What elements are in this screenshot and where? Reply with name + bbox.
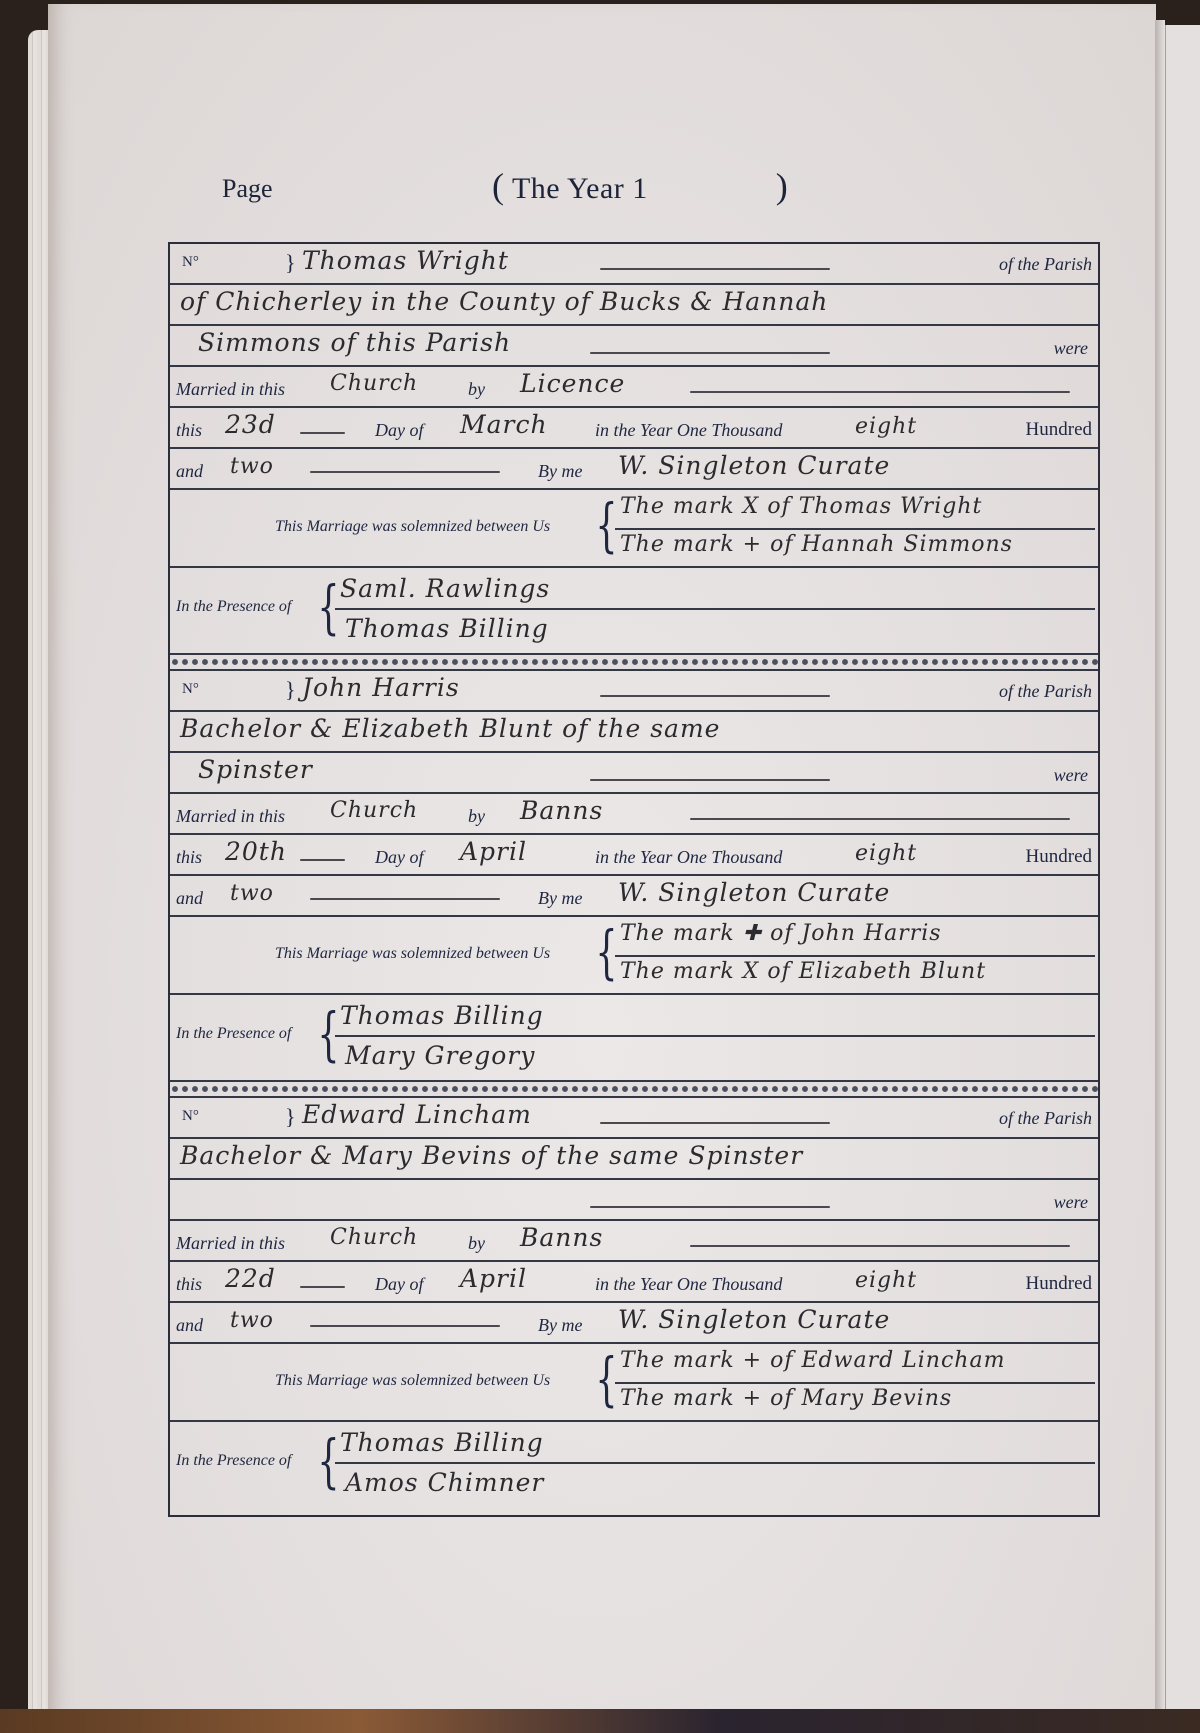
day-of-label: Day of <box>375 420 424 441</box>
married-row: Married in this Church by Banns <box>170 792 1098 833</box>
married-label: Married in this <box>176 1233 285 1254</box>
witness-1: Saml. Rawlings <box>340 574 550 603</box>
fill-line <box>300 432 345 434</box>
brace: { <box>317 1432 339 1490</box>
presence-label: In the Presence of <box>176 1452 291 1470</box>
party-1-mark: The mark X of Thomas Wright <box>620 494 982 519</box>
groom-name: Thomas Wright <box>302 246 509 275</box>
signature-line <box>615 955 1095 957</box>
by-me-label: By me <box>538 461 582 482</box>
presence-label: In the Presence of <box>176 598 291 616</box>
year-close-paren: ) <box>776 166 789 206</box>
date-row: this 23d Day of March in the Year One Th… <box>170 406 1098 447</box>
marriage-method: Banns <box>520 1223 603 1252</box>
fill-line <box>600 695 830 697</box>
century-word: eight <box>855 841 917 866</box>
month: April <box>460 837 527 866</box>
bracket: } <box>285 1104 296 1130</box>
by-me-label: By me <box>538 1315 582 1336</box>
day: 23d <box>225 410 276 439</box>
description-line-2: Bachelor & Mary Bevins of the same Spins… <box>180 1141 803 1170</box>
number-label: N° <box>182 681 199 698</box>
groom-row: N° } John Harris of the Parish <box>170 669 1098 710</box>
marriage-entry: N° } Thomas Wright of the Parish of Chic… <box>170 242 1098 653</box>
number-label: N° <box>182 1108 199 1125</box>
presence-label: In the Presence of <box>176 1025 291 1043</box>
by-label: by <box>468 379 485 400</box>
fill-line <box>600 1122 830 1124</box>
parish-label: of the Parish <box>999 254 1092 275</box>
officiant-signature: W. Singleton Curate <box>618 1305 890 1334</box>
marriage-register-table: N° } Thomas Wright of the Parish of Chic… <box>168 242 1100 1517</box>
hundred-label: Hundred <box>1026 846 1092 868</box>
year-heading: ( The Year 1 ) <box>492 165 788 207</box>
year-suffix: two <box>230 1308 274 1333</box>
married-row: Married in this Church by Banns <box>170 1219 1098 1260</box>
were-label: were <box>1054 1192 1088 1213</box>
year-suffix: two <box>230 881 274 906</box>
groom-row: N° } Thomas Wright of the Parish <box>170 242 1098 283</box>
brace: { <box>317 1005 339 1063</box>
this-label: this <box>176 1274 202 1295</box>
description-line-3: Spinster <box>198 755 313 784</box>
brace: { <box>595 496 617 554</box>
married-row: Married in this Church by Licence <box>170 365 1098 406</box>
fill-line <box>310 471 500 473</box>
brace: { <box>595 923 617 981</box>
year-text-label: in the Year One Thousand <box>595 847 782 868</box>
number-label: N° <box>182 254 199 271</box>
description-line-2: Bachelor & Elizabeth Blunt of the same <box>180 714 720 743</box>
signature-line <box>615 528 1095 530</box>
by-label: by <box>468 806 485 827</box>
witness-row: In the Presence of { Saml. Rawlings Thom… <box>170 566 1098 653</box>
month: March <box>460 410 548 439</box>
parish-label: of the Parish <box>999 681 1092 702</box>
year-open-paren: ( <box>492 166 505 206</box>
brace: { <box>317 578 339 636</box>
place: Church <box>330 798 418 823</box>
by-me-label: By me <box>538 888 582 909</box>
witness-row: In the Presence of { Thomas Billing Amos… <box>170 1420 1098 1507</box>
solemnized-label: This Marriage was solemnized between Us <box>275 518 550 536</box>
place: Church <box>330 371 418 396</box>
ornamental-divider <box>170 653 1098 669</box>
were-label: were <box>1054 765 1088 786</box>
day: 22d <box>225 1264 276 1293</box>
page-label: Page <box>222 174 273 204</box>
fill-line <box>690 1245 1070 1247</box>
bracket: } <box>285 677 296 703</box>
description-row-3: Simmons of this Parish were <box>170 324 1098 365</box>
this-label: this <box>176 420 202 441</box>
by-label: by <box>468 1233 485 1254</box>
description-row: of Chicherley in the County of Bucks & H… <box>170 283 1098 324</box>
place: Church <box>330 1225 418 1250</box>
signature-line <box>335 608 1095 610</box>
day-of-label: Day of <box>375 847 424 868</box>
witness-2: Thomas Billing <box>345 614 549 643</box>
description-row: Bachelor & Elizabeth Blunt of the same <box>170 710 1098 751</box>
year-label: The Year 1 <box>512 172 648 205</box>
officiant-signature: W. Singleton Curate <box>618 878 890 907</box>
officiant-row: and two By me W. Singleton Curate <box>170 874 1098 915</box>
fill-line <box>690 391 1070 393</box>
century-word: eight <box>855 1268 917 1293</box>
were-label: were <box>1054 338 1088 359</box>
bracket: } <box>285 250 296 276</box>
month: April <box>460 1264 527 1293</box>
officiant-row: and two By me W. Singleton Curate <box>170 1301 1098 1342</box>
facing-page-edge <box>1165 25 1200 1720</box>
officiant-row: and two By me W. Singleton Curate <box>170 447 1098 488</box>
fill-line <box>600 268 830 270</box>
party-1-mark: The mark + of Edward Lincham <box>620 1348 1005 1373</box>
date-row: this 22d Day of April in the Year One Th… <box>170 1260 1098 1301</box>
description-line-2: of Chicherley in the County of Bucks & H… <box>180 287 828 316</box>
and-label: and <box>176 1315 203 1336</box>
parish-label: of the Parish <box>999 1108 1092 1129</box>
description-line-3: Simmons of this Parish <box>198 328 511 357</box>
witness-1: Thomas Billing <box>340 1001 544 1030</box>
solemnized-label: This Marriage was solemnized between Us <box>275 1372 550 1390</box>
date-row: this 20th Day of April in the Year One T… <box>170 833 1098 874</box>
parties-row: This Marriage was solemnized between Us … <box>170 488 1098 566</box>
marriage-entry: N° } Edward Lincham of the Parish Bachel… <box>170 1096 1098 1507</box>
fill-line <box>590 779 830 781</box>
groom-name: John Harris <box>302 673 460 702</box>
and-label: and <box>176 461 203 482</box>
signature-line <box>335 1035 1095 1037</box>
marriage-entry: N° } John Harris of the Parish Bachelor … <box>170 669 1098 1080</box>
brace: { <box>595 1350 617 1408</box>
fill-line <box>590 352 830 354</box>
year-suffix: two <box>230 454 274 479</box>
party-2-mark: The mark + of Mary Bevins <box>620 1386 952 1411</box>
married-label: Married in this <box>176 379 285 400</box>
fill-line <box>300 1286 345 1288</box>
description-row-3: Spinster were <box>170 751 1098 792</box>
this-label: this <box>176 847 202 868</box>
and-label: and <box>176 888 203 909</box>
witness-2: Mary Gregory <box>345 1041 535 1070</box>
marriage-method: Banns <box>520 796 603 825</box>
witness-2: Amos Chimner <box>345 1468 544 1497</box>
party-1-mark: The mark ✚ of John Harris <box>620 921 942 946</box>
witness-1: Thomas Billing <box>340 1428 544 1457</box>
marriage-method: Licence <box>520 369 625 398</box>
hundred-label: Hundred <box>1026 1273 1092 1295</box>
officiant-signature: W. Singleton Curate <box>618 451 890 480</box>
groom-row: N° } Edward Lincham of the Parish <box>170 1096 1098 1137</box>
solemnized-label: This Marriage was solemnized between Us <box>275 945 550 963</box>
hundred-label: Hundred <box>1026 419 1092 441</box>
description-row: Bachelor & Mary Bevins of the same Spins… <box>170 1137 1098 1178</box>
signature-line <box>615 1382 1095 1384</box>
desk-surface <box>0 1709 1200 1733</box>
fill-line <box>310 898 500 900</box>
fill-line <box>590 1206 830 1208</box>
parties-row: This Marriage was solemnized between Us … <box>170 1342 1098 1420</box>
fill-line <box>310 1325 500 1327</box>
year-text-label: in the Year One Thousand <box>595 1274 782 1295</box>
married-label: Married in this <box>176 806 285 827</box>
book-gutter <box>1155 20 1165 1720</box>
party-2-mark: The mark + of Hannah Simmons <box>620 532 1013 557</box>
description-row-3: were <box>170 1178 1098 1219</box>
fill-line <box>300 859 345 861</box>
parties-row: This Marriage was solemnized between Us … <box>170 915 1098 993</box>
signature-line <box>335 1462 1095 1464</box>
witness-row: In the Presence of { Thomas Billing Mary… <box>170 993 1098 1080</box>
year-text-label: in the Year One Thousand <box>595 420 782 441</box>
groom-name: Edward Lincham <box>302 1100 532 1129</box>
party-2-mark: The mark X of Elizabeth Blunt <box>620 959 986 984</box>
fill-line <box>690 818 1070 820</box>
day: 20th <box>225 837 287 866</box>
century-word: eight <box>855 414 917 439</box>
ornamental-divider <box>170 1080 1098 1096</box>
day-of-label: Day of <box>375 1274 424 1295</box>
